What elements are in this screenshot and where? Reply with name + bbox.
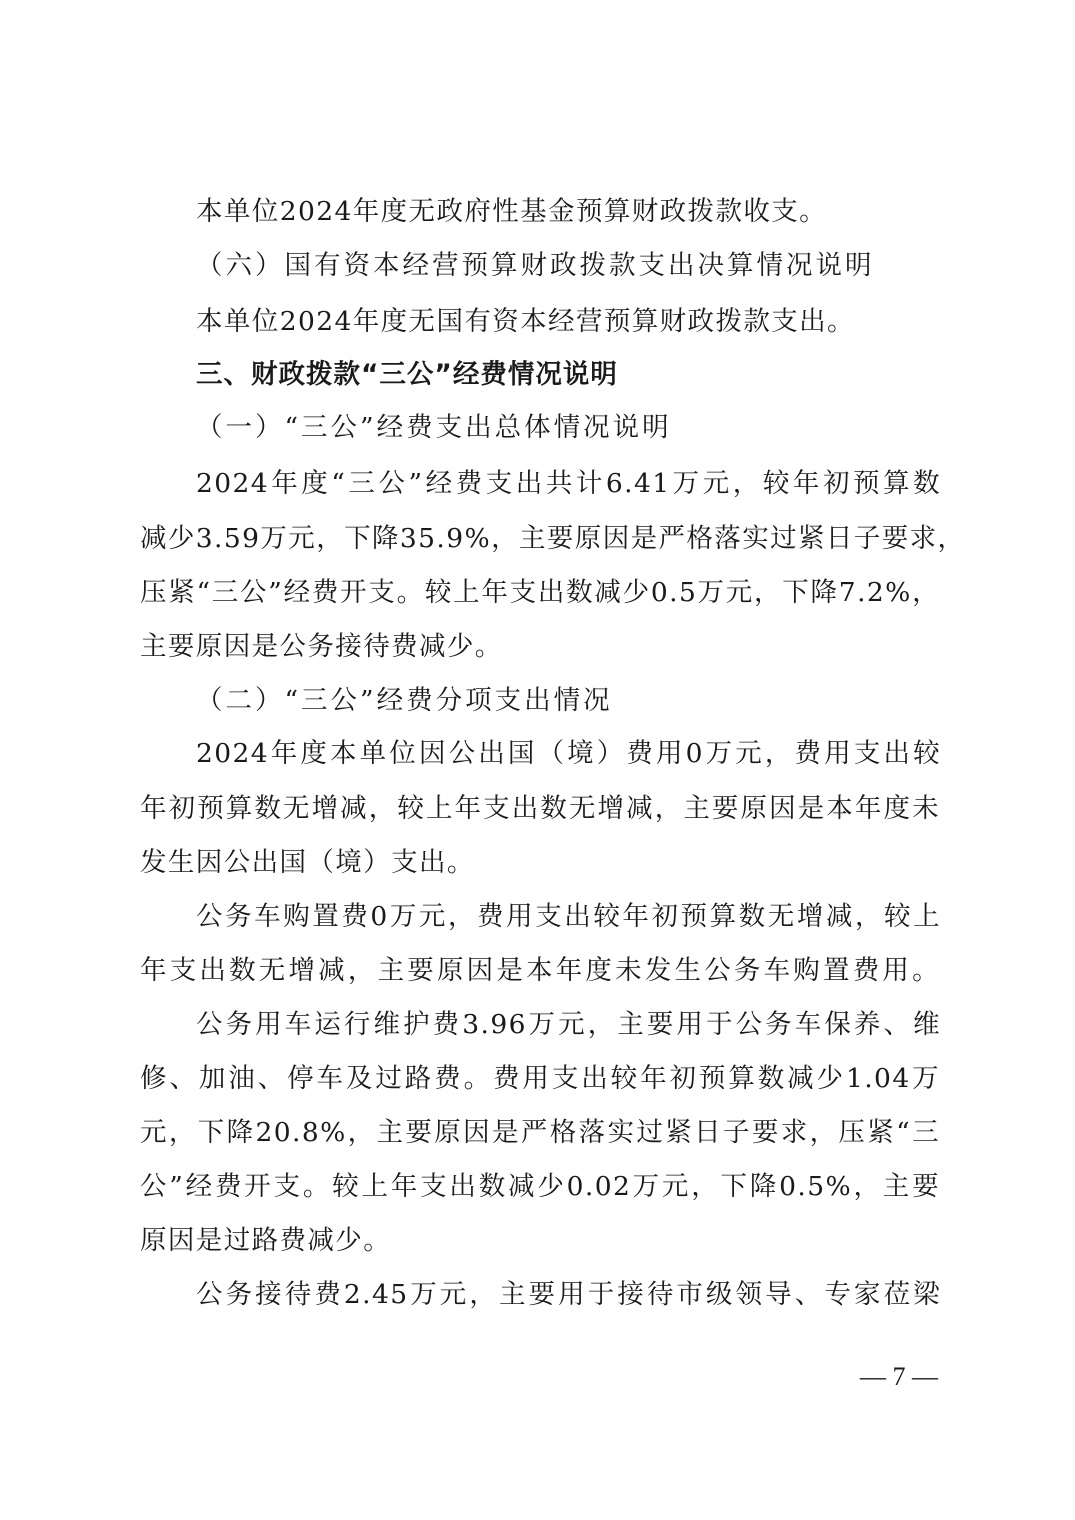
paragraph-line: 2024年度“三公”经费支出共计6.41万元，较年初预算数 xyxy=(196,464,941,504)
paragraph-line: 减少3.59万元，下降35.9%，主要原因是严格落实过紧日子要求， xyxy=(140,519,940,559)
document-page: 本单位2024年度无政府性基金预算财政拨款收支。（六）国有资本经营预算财政拨款支… xyxy=(0,0,1075,1520)
subsection-heading: （六）国有资本经营预算财政拨款支出决算情况说明 xyxy=(196,246,941,286)
paragraph-line: 压紧“三公”经费开支。较上年支出数减少0.5万元，下降7.2%， xyxy=(140,573,940,613)
paragraph-line: 修、加油、停车及过路费。费用支出较年初预算数减少1.04万 xyxy=(140,1059,940,1099)
paragraph-line: 公务车购置费0万元，费用支出较年初预算数无增减，较上 xyxy=(196,897,941,937)
paragraph-line: 原因是过路费减少。 xyxy=(140,1221,940,1261)
subsection-heading: （一）“三公”经费支出总体情况说明 xyxy=(196,408,941,448)
subsection-heading: （二）“三公”经费分项支出情况 xyxy=(196,681,941,721)
paragraph-line: 2024年度本单位因公出国（境）费用0万元，费用支出较 xyxy=(196,734,941,774)
section-heading: 三、财政拨款“三公”经费情况说明 xyxy=(196,355,941,395)
paragraph-line: 发生因公出国（境）支出。 xyxy=(140,843,940,883)
page-number: — 7 — xyxy=(860,1362,938,1392)
paragraph-line: 公”经费开支。较上年支出数减少0.02万元，下降0.5%，主要 xyxy=(140,1167,940,1207)
paragraph-line: 元，下降20.8%，主要原因是严格落实过紧日子要求，压紧“三 xyxy=(140,1113,940,1153)
paragraph-line: 年支出数无增减，主要原因是本年度未发生公务车购置费用。 xyxy=(140,951,940,991)
paragraph-line: 本单位2024年度无政府性基金预算财政拨款收支。 xyxy=(196,192,941,232)
paragraph-line: 年初预算数无增减，较上年支出数无增减，主要原因是本年度未 xyxy=(140,789,940,829)
paragraph-line: 本单位2024年度无国有资本经营预算财政拨款支出。 xyxy=(196,302,941,342)
paragraph-line: 主要原因是公务接待费减少。 xyxy=(140,627,940,667)
paragraph-line: 公务接待费2.45万元，主要用于接待市级领导、专家莅梁 xyxy=(196,1275,941,1315)
paragraph-line: 公务用车运行维护费3.96万元，主要用于公务车保养、维 xyxy=(196,1005,941,1045)
